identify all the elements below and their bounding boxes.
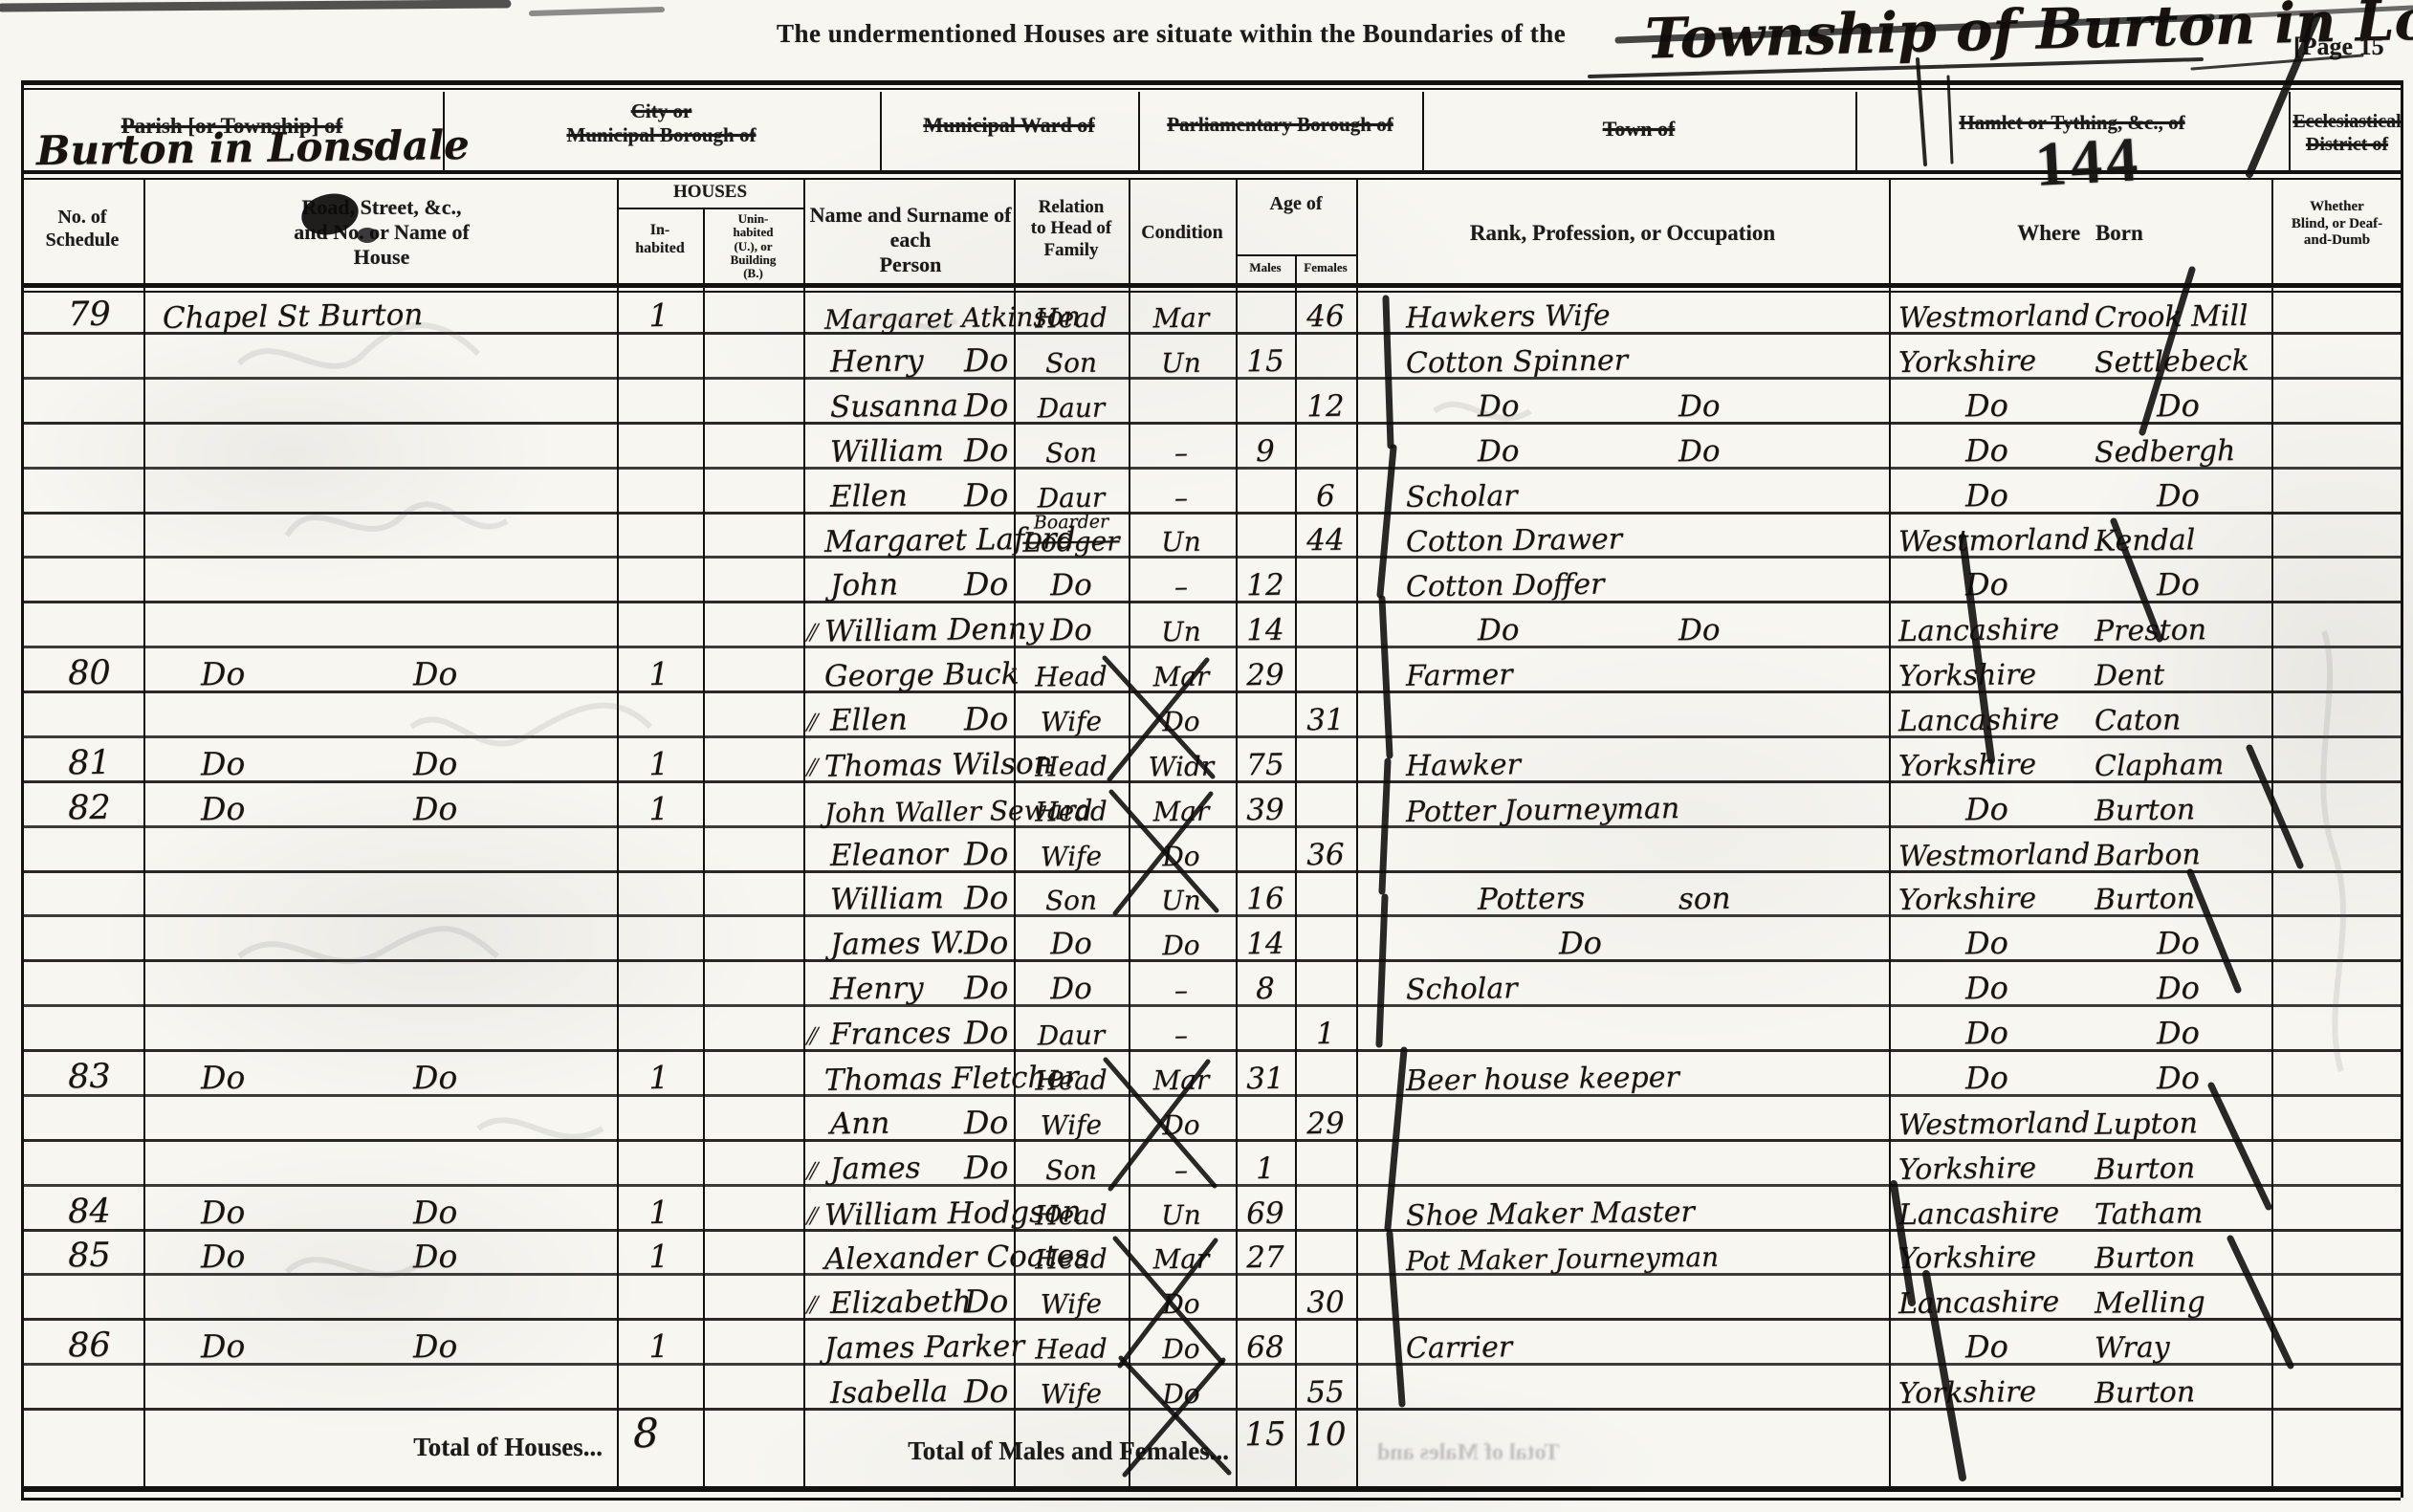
district-box: Town of bbox=[1422, 92, 1855, 170]
born-county: Do bbox=[1965, 566, 2008, 603]
born-place: Burton bbox=[2095, 793, 2196, 827]
ink-stroke bbox=[1382, 599, 1390, 756]
table-horizontal-rule bbox=[21, 1229, 2401, 1232]
born-place: Burton bbox=[2095, 883, 2196, 917]
road-ditto-2: Do bbox=[413, 1327, 458, 1366]
person-surname-ditto: Do bbox=[964, 475, 1009, 514]
table-horizontal-rule bbox=[21, 1049, 2401, 1052]
person-given-name: Ellen bbox=[830, 478, 908, 514]
born-county: Westmorland bbox=[1898, 299, 2091, 336]
condition-value: Un bbox=[1125, 885, 1238, 918]
occupation-value: Scholar bbox=[1406, 479, 1518, 515]
table-vertical-rule bbox=[880, 92, 882, 170]
occupation-value: Scholar bbox=[1406, 972, 1518, 1007]
table-horizontal-rule bbox=[21, 1184, 2401, 1187]
inhabited-count: 1 bbox=[617, 654, 702, 692]
road-ditto-1: Do bbox=[201, 789, 246, 827]
ink-stroke bbox=[532, 10, 662, 13]
condition-value: – bbox=[1125, 481, 1238, 515]
enumerator-tick-mark: ⫽ bbox=[805, 709, 817, 737]
district-box: Hamlet or Tything, &c., of bbox=[1855, 92, 2289, 170]
age-male: 16 bbox=[1236, 882, 1295, 917]
relation-to-head: Daur bbox=[1010, 391, 1132, 425]
col-header-occupation: Rank, Profession, or Occupation bbox=[1356, 220, 1889, 246]
occupation-value: Cotton Spinner bbox=[1406, 343, 1629, 380]
occupation-part-2: Do bbox=[1678, 388, 1721, 424]
relation-to-head: Son bbox=[1010, 884, 1132, 917]
ink-stroke bbox=[2, 4, 507, 8]
col-header-name: Name and Surname of each Person bbox=[796, 203, 1025, 277]
relation-to-head: Head bbox=[1010, 1063, 1132, 1097]
born-place: Burton bbox=[2095, 1151, 2196, 1186]
table-vertical-rule bbox=[443, 92, 445, 170]
total-males-value: 15 bbox=[1236, 1415, 1296, 1455]
col-header-houses-group: HOUSES bbox=[617, 182, 803, 203]
district-box-label: Municipal Ward of bbox=[880, 113, 1138, 138]
district-box-label: City or Municipal Borough of bbox=[443, 99, 880, 147]
person-given-name: Susanna bbox=[830, 388, 959, 425]
schedule-number: 84 bbox=[44, 1192, 136, 1231]
table-vertical-rule bbox=[1356, 178, 1358, 1486]
schedule-number: 80 bbox=[44, 653, 136, 692]
relation-to-head: Head bbox=[1010, 1242, 1132, 1276]
occupation-value: Beer house keeper bbox=[1406, 1061, 1679, 1098]
born-county: Do bbox=[1965, 1060, 2008, 1097]
born-county: Do bbox=[1965, 431, 2008, 469]
table-horizontal-rule bbox=[21, 1498, 2401, 1501]
occupation-ditto: Do bbox=[1559, 925, 1602, 962]
road-ditto-2: Do bbox=[413, 744, 458, 782]
occupation-value: Potter Journeyman bbox=[1406, 792, 1680, 829]
born-county: Westmorland bbox=[1898, 837, 2091, 873]
road-ditto-1: Do bbox=[201, 655, 246, 693]
schedule-number: 83 bbox=[44, 1057, 136, 1096]
relation-to-head: Head bbox=[1010, 1198, 1132, 1232]
inhabited-count: 1 bbox=[617, 744, 702, 782]
person-surname-ditto: Do bbox=[964, 1148, 1009, 1186]
born-place: Burton bbox=[2095, 1241, 2196, 1276]
condition-value: – bbox=[1125, 436, 1238, 470]
person-given-name: Isabella bbox=[830, 1374, 949, 1411]
person-given-name: Ellen bbox=[830, 702, 908, 737]
born-county: Lancashire bbox=[1898, 703, 2060, 738]
table-horizontal-rule bbox=[21, 825, 2401, 828]
road-ditto-1: Do bbox=[201, 1327, 246, 1366]
table-horizontal-rule bbox=[21, 1004, 2401, 1007]
relation-to-head: Son bbox=[1010, 1153, 1132, 1187]
born-place: Burton bbox=[2095, 1375, 2196, 1410]
born-county: Yorkshire bbox=[1898, 1240, 2037, 1276]
relation-to-head: Daur bbox=[1010, 481, 1132, 515]
relation-to-head: Wife bbox=[1010, 1287, 1132, 1321]
table-vertical-rule bbox=[2289, 92, 2291, 170]
col-header-age: Age of bbox=[1236, 193, 1356, 216]
table-horizontal-rule bbox=[21, 1486, 2401, 1492]
born-county: Westmorland bbox=[1898, 523, 2091, 559]
born-place: Do bbox=[2157, 386, 2200, 424]
condition-value: Mar bbox=[1125, 1243, 1238, 1277]
relation-to-head: Son bbox=[1010, 346, 1132, 380]
person-surname-ditto: Do bbox=[964, 700, 1009, 738]
enumerator-tick-mark: ⫽ bbox=[805, 1022, 817, 1051]
col-header-relation: Relation to Head of Family bbox=[1014, 197, 1129, 261]
inhabited-count: 1 bbox=[617, 296, 702, 334]
relation-to-head: Do bbox=[1010, 612, 1132, 648]
total-houses-value: 8 bbox=[633, 1410, 659, 1457]
table-vertical-rule bbox=[143, 178, 145, 1486]
person-given-name: William bbox=[830, 882, 944, 918]
table-vertical-rule bbox=[1422, 92, 1424, 170]
born-place: Do bbox=[2157, 1015, 2200, 1052]
person-surname-ditto: Do bbox=[964, 430, 1009, 469]
occupation-value: Cotton Doffer bbox=[1406, 568, 1605, 604]
condition-value: – bbox=[1125, 1153, 1238, 1187]
age-male: 14 bbox=[1236, 927, 1295, 962]
total-males-females-label: Total of Males and Females... bbox=[818, 1436, 1229, 1467]
table-horizontal-rule bbox=[21, 80, 2401, 85]
born-place: Dent bbox=[2095, 658, 2165, 692]
table-horizontal-rule bbox=[21, 690, 2401, 693]
born-county: Yorkshire bbox=[1898, 748, 2037, 783]
table-horizontal-rule bbox=[1236, 254, 1356, 256]
age-male: 75 bbox=[1236, 747, 1295, 782]
schedule-number: 79 bbox=[44, 295, 136, 334]
born-place: Preston bbox=[2095, 613, 2207, 648]
relation-to-head: Wife bbox=[1010, 705, 1132, 738]
condition-value: Widr bbox=[1125, 750, 1238, 783]
census-sheet: The undermentioned Houses are situate wi… bbox=[0, 0, 2413, 1512]
occupation-value: Carrier bbox=[1406, 1330, 1513, 1366]
table-vertical-rule bbox=[2271, 178, 2273, 1486]
occupation-value: Hawker bbox=[1406, 748, 1521, 783]
total-females-value: 10 bbox=[1295, 1415, 1357, 1455]
person-surname-ditto: Do bbox=[964, 1103, 1009, 1141]
condition-value: Do bbox=[1125, 705, 1238, 738]
condition-value: Un bbox=[1125, 615, 1238, 648]
col-header-age-males: Males bbox=[1236, 260, 1295, 274]
district-box-label: Hamlet or Tything, &c., of bbox=[1855, 111, 2289, 135]
total-houses-label: Total of Houses... bbox=[220, 1433, 603, 1463]
condition-value: Do bbox=[1125, 1287, 1238, 1321]
road-ditto-1: Do bbox=[201, 1193, 246, 1231]
condition-value: Mar bbox=[1125, 1063, 1238, 1097]
district-box-label: Parliamentary Borough of bbox=[1138, 113, 1422, 137]
table-horizontal-rule bbox=[617, 208, 803, 209]
age-male: 27 bbox=[1236, 1240, 1295, 1276]
table-vertical-rule bbox=[703, 209, 705, 1486]
age-female: 55 bbox=[1295, 1375, 1356, 1411]
table-horizontal-rule bbox=[21, 88, 2401, 90]
relation-to-head: Do bbox=[1010, 567, 1132, 603]
table-horizontal-rule bbox=[21, 914, 2401, 917]
enumerator-tick-mark: ⫽ bbox=[805, 754, 817, 782]
age-male: 31 bbox=[1236, 1061, 1295, 1096]
condition-value: Do bbox=[1125, 1108, 1238, 1142]
born-county: Yorkshire bbox=[1898, 344, 2037, 380]
table-horizontal-rule bbox=[21, 1318, 2401, 1321]
table-horizontal-rule bbox=[21, 1139, 2401, 1142]
table-horizontal-rule bbox=[21, 870, 2401, 873]
table-vertical-rule bbox=[803, 178, 805, 1486]
age-male: 29 bbox=[1236, 658, 1295, 693]
born-place: Lupton bbox=[2095, 1107, 2198, 1142]
relation-to-head: Do bbox=[1010, 971, 1132, 1007]
age-female: 6 bbox=[1295, 478, 1356, 514]
table-horizontal-rule bbox=[21, 1273, 2401, 1276]
condition-value: Un bbox=[1125, 526, 1238, 559]
age-female: 44 bbox=[1295, 523, 1356, 559]
relation-alt-note: Boarder bbox=[1010, 511, 1132, 534]
person-surname-ditto: Do bbox=[964, 834, 1009, 872]
person-surname-ditto: Do bbox=[964, 969, 1009, 1007]
district-box-label: Town of bbox=[1422, 117, 1855, 142]
table-horizontal-rule bbox=[21, 556, 2401, 559]
relation-to-head: Wife bbox=[1010, 1108, 1132, 1142]
born-place: Caton bbox=[2095, 703, 2182, 737]
condition-value: – bbox=[1125, 570, 1238, 603]
born-county: Do bbox=[1965, 970, 2008, 1007]
person-surname-ditto: Do bbox=[964, 879, 1009, 917]
relation-to-head: Wife bbox=[1010, 840, 1132, 873]
condition-value: Do bbox=[1125, 929, 1238, 962]
born-county: Yorkshire bbox=[1898, 882, 2037, 917]
age-female: 31 bbox=[1295, 702, 1356, 737]
age-male: 1 bbox=[1236, 1150, 1295, 1186]
age-male: 69 bbox=[1236, 1195, 1295, 1231]
age-female: 12 bbox=[1295, 388, 1356, 424]
table-vertical-rule bbox=[1855, 92, 1857, 170]
table-vertical-rule bbox=[1129, 178, 1130, 1486]
col-header-road: Road, Street, &c., and No. or Name of Ho… bbox=[153, 195, 610, 270]
born-place: Do bbox=[2157, 1060, 2200, 1097]
person-given-name: John bbox=[830, 568, 899, 603]
born-place: Melling bbox=[2095, 1285, 2205, 1321]
occupation-part-2: son bbox=[1678, 882, 1731, 917]
table-vertical-rule bbox=[1138, 92, 1140, 170]
relation-to-head: Son bbox=[1010, 436, 1132, 470]
inhabited-count: 1 bbox=[617, 1193, 702, 1231]
condition-value: Do bbox=[1125, 1377, 1238, 1411]
col-header-uninhabited: Unin- habited (U.), or Building (B.) bbox=[703, 212, 803, 280]
born-county: Yorkshire bbox=[1898, 1151, 2037, 1187]
age-female: 36 bbox=[1295, 837, 1356, 872]
born-county: Yorkshire bbox=[1898, 1375, 2037, 1411]
born-place: Clapham bbox=[2095, 748, 2225, 783]
ink-stroke bbox=[1379, 897, 1385, 1044]
born-place: Crook Mill bbox=[2095, 299, 2248, 335]
inhabited-count: 1 bbox=[617, 1327, 702, 1366]
person-surname-ditto: Do bbox=[964, 1282, 1009, 1321]
table-vertical-rule bbox=[1236, 178, 1238, 1486]
district-box: City or Municipal Borough of bbox=[443, 92, 880, 170]
relation-to-head: Wife bbox=[1010, 1377, 1132, 1411]
born-place: Do bbox=[2157, 476, 2200, 514]
born-place: Tatham bbox=[2095, 1196, 2204, 1232]
person-given-name: Ann bbox=[830, 1106, 890, 1141]
table-horizontal-rule bbox=[21, 377, 2401, 380]
table-vertical-rule bbox=[21, 80, 24, 1498]
born-place: Sedbergh bbox=[2095, 434, 2236, 470]
district-box: Municipal Ward of bbox=[880, 92, 1138, 170]
condition-value: Do bbox=[1125, 1332, 1238, 1366]
age-female: 46 bbox=[1295, 299, 1356, 335]
ink-stroke bbox=[2211, 1085, 2269, 1207]
table-vertical-rule bbox=[617, 178, 619, 1486]
person-given-name: William bbox=[830, 433, 944, 470]
person-given-name: Elizabeth bbox=[830, 1284, 972, 1321]
table-vertical-rule bbox=[1014, 178, 1016, 1486]
occupation-part-1: Potters bbox=[1478, 882, 1586, 918]
schedule-number: 82 bbox=[44, 788, 136, 827]
district-box-value: Burton in Lonsdale bbox=[36, 121, 470, 174]
condition-value: – bbox=[1125, 1019, 1238, 1052]
relation-to-head: Head bbox=[1010, 750, 1132, 783]
condition-value: Mar bbox=[1125, 301, 1238, 335]
person-surname-ditto: Do bbox=[964, 565, 1009, 603]
born-county: Do bbox=[1965, 1015, 2008, 1052]
relation-to-head: Head bbox=[1010, 1332, 1132, 1366]
condition-value: Un bbox=[1125, 346, 1238, 380]
schedule-number: 86 bbox=[44, 1326, 136, 1365]
person-given-name: James W. bbox=[830, 926, 965, 962]
occupation-part-1: Do bbox=[1478, 433, 1520, 469]
road-ditto-2: Do bbox=[413, 1193, 458, 1231]
born-place: Do bbox=[2157, 970, 2200, 1007]
condition-value: Do bbox=[1125, 840, 1238, 873]
person-given-name: Henry bbox=[830, 343, 924, 379]
person-surname-ditto: Do bbox=[964, 341, 1009, 380]
person-surname-ditto: Do bbox=[964, 924, 1009, 962]
enumerator-tick-mark: ⫽ bbox=[805, 1157, 817, 1186]
district-box: Parish [or Township] ofBurton in Lonsdal… bbox=[21, 92, 443, 170]
person-full-name: George Buck bbox=[824, 657, 1020, 694]
condition-value: – bbox=[1125, 974, 1238, 1007]
table-horizontal-rule bbox=[21, 170, 2401, 174]
occupation-value: Cotton Drawer bbox=[1406, 523, 1623, 559]
age-female: 30 bbox=[1295, 1285, 1356, 1321]
inhabited-count: 1 bbox=[617, 789, 702, 827]
relation-to-head: Do bbox=[1010, 926, 1132, 962]
table-horizontal-rule bbox=[21, 646, 2401, 648]
occupation-part-1: Do bbox=[1478, 613, 1520, 648]
road-ditto-1: Do bbox=[201, 744, 246, 782]
age-male: 14 bbox=[1236, 613, 1295, 648]
person-given-name: Eleanor bbox=[830, 837, 948, 873]
inhabited-count: 1 bbox=[617, 1058, 702, 1096]
road-name: Chapel St Burton bbox=[163, 297, 424, 336]
age-male: 12 bbox=[1236, 568, 1295, 603]
col-header-where-born: Where Born bbox=[1889, 220, 2271, 246]
born-county: Lancashire bbox=[1898, 1285, 2060, 1321]
road-ditto-1: Do bbox=[201, 1059, 246, 1097]
enumerator-tick-mark: ⫽ bbox=[805, 1201, 817, 1230]
table-horizontal-rule bbox=[21, 178, 2401, 180]
table-horizontal-rule bbox=[21, 291, 2401, 293]
age-male: 8 bbox=[1236, 972, 1295, 1007]
road-ditto-2: Do bbox=[413, 1059, 458, 1097]
enumerator-tick-mark: ⫽ bbox=[805, 1291, 817, 1320]
schedule-number: 81 bbox=[44, 743, 136, 782]
table-horizontal-rule bbox=[21, 601, 2401, 603]
table-horizontal-rule bbox=[21, 959, 2401, 962]
table-horizontal-rule bbox=[21, 332, 2401, 335]
inhabited-count: 1 bbox=[617, 1238, 702, 1276]
table-horizontal-rule bbox=[21, 512, 2401, 515]
person-full-name: James Parker bbox=[824, 1329, 1025, 1367]
age-male: 9 bbox=[1236, 433, 1295, 469]
table-horizontal-rule bbox=[21, 1363, 2401, 1366]
ink-stroke bbox=[1380, 448, 1393, 595]
road-ditto-1: Do bbox=[201, 1238, 246, 1276]
born-county: Do bbox=[1965, 386, 2008, 424]
table-horizontal-rule bbox=[21, 780, 2401, 783]
born-county: Do bbox=[1965, 476, 2008, 514]
road-ditto-2: Do bbox=[413, 655, 458, 693]
schedule-number: 85 bbox=[44, 1237, 136, 1276]
col-header-schedule: No. of Schedule bbox=[21, 207, 143, 252]
district-box-label: Ecclesiastical District of bbox=[2289, 111, 2405, 156]
born-place: Wray bbox=[2095, 1331, 2170, 1366]
occupation-value: Shoe Maker Master bbox=[1406, 1194, 1695, 1232]
ink-stroke bbox=[2230, 1238, 2291, 1366]
born-county: Yorkshire bbox=[1898, 658, 2037, 693]
bleedthrough-ghost-text: Total of Males and bbox=[1377, 1440, 1559, 1466]
occupation-value: Hawkers Wife bbox=[1406, 299, 1611, 336]
col-header-age-females: Females bbox=[1295, 260, 1356, 274]
born-county: Westmorland bbox=[1898, 1106, 2091, 1142]
ink-stroke bbox=[2249, 748, 2300, 866]
born-county: Lancashire bbox=[1898, 1195, 2060, 1231]
born-place: Do bbox=[2157, 566, 2200, 603]
page-number-label: [Page 15 bbox=[2293, 33, 2384, 62]
table-horizontal-rule bbox=[21, 1408, 2401, 1411]
table-horizontal-rule bbox=[21, 422, 2401, 425]
person-given-name: Frances bbox=[830, 1016, 952, 1052]
age-female: 29 bbox=[1295, 1106, 1356, 1141]
relation-to-head: Daur bbox=[1010, 1019, 1132, 1052]
enumerator-tick-mark: ⫽ bbox=[805, 619, 817, 647]
born-county: Lancashire bbox=[1898, 613, 2060, 648]
table-vertical-rule bbox=[2401, 80, 2403, 1498]
occupation-part-2: Do bbox=[1678, 433, 1721, 469]
table-horizontal-rule bbox=[21, 467, 2401, 470]
district-box: Parliamentary Borough of bbox=[1138, 92, 1422, 170]
banner-printed-text: The undermentioned Houses are situate wi… bbox=[777, 19, 1566, 50]
occupation-part-1: Do bbox=[1478, 388, 1520, 424]
born-county: Do bbox=[1965, 790, 2008, 827]
born-place: Settlebeck bbox=[2095, 344, 2249, 380]
condition-value: Mar bbox=[1125, 660, 1238, 693]
relation-to-head: Head bbox=[1010, 795, 1132, 828]
col-header-condition: Condition bbox=[1129, 222, 1236, 245]
col-header-blind: Whether Blind, or Deaf- and-Dumb bbox=[2271, 199, 2402, 250]
road-ditto-2: Do bbox=[413, 789, 458, 827]
relation-to-head: Head bbox=[1010, 301, 1132, 335]
person-surname-ditto: Do bbox=[964, 1372, 1009, 1411]
occupation-part-2: Do bbox=[1678, 613, 1721, 648]
table-vertical-rule bbox=[1889, 178, 1891, 1486]
condition-value: Mar bbox=[1125, 795, 1238, 828]
age-male: 39 bbox=[1236, 792, 1295, 827]
col-header-inhabited: In- habited bbox=[617, 222, 703, 258]
condition-value: Un bbox=[1125, 1198, 1238, 1232]
born-place: Kendal bbox=[2095, 524, 2196, 559]
born-place: Do bbox=[2157, 925, 2200, 962]
born-county: Do bbox=[1965, 925, 2008, 962]
age-female: 1 bbox=[1295, 1017, 1356, 1052]
district-box: Ecclesiastical District of bbox=[2289, 92, 2405, 170]
relation-to-head: Head bbox=[1010, 660, 1132, 693]
